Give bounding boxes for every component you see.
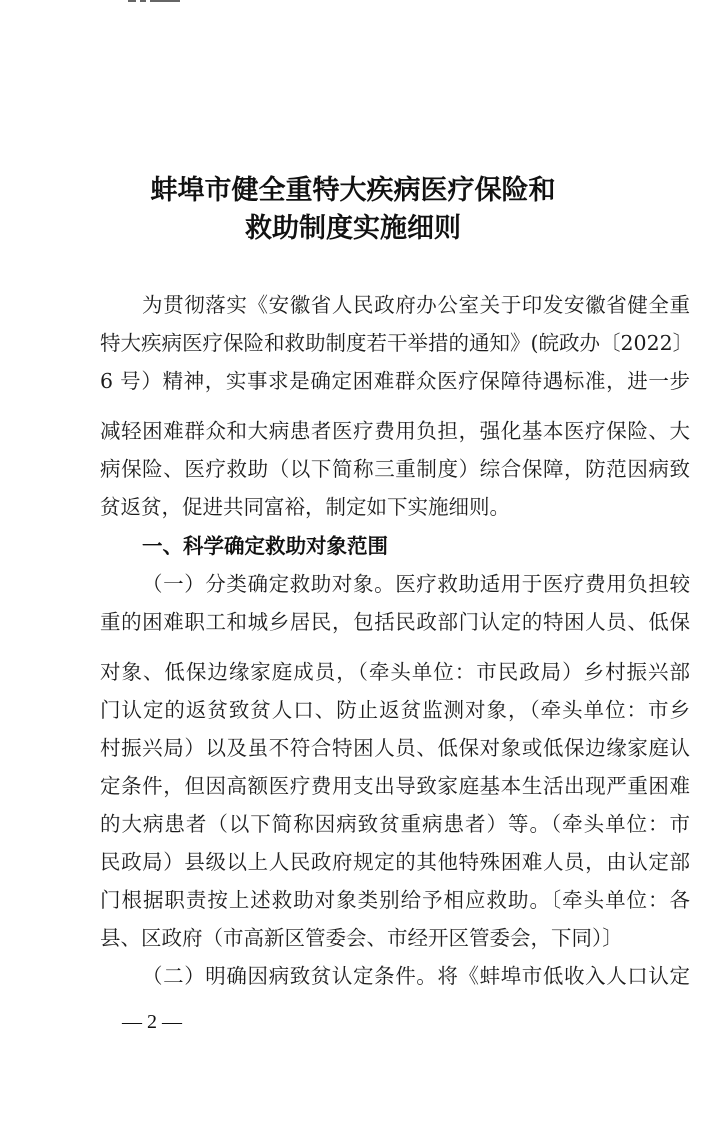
paragraph-line: 门根据职责按上述救助对象类别给予相应救助。〔牵头单位：各 bbox=[100, 887, 690, 913]
paragraph-line: 门认定的返贫致贫人口、防止返贫监测对象，（牵头单位：市乡 bbox=[100, 697, 690, 723]
paragraph-line: 减轻困难群众和大病患者医疗费用负担，强化基本医疗保险、大 bbox=[100, 418, 690, 444]
paragraph-line: 定条件，但因高额医疗费用支出导致家庭基本生活出现严重困难 bbox=[100, 773, 690, 799]
paragraph-line: 对象、低保边缘家庭成员，（牵头单位：市民政局）乡村振兴部 bbox=[100, 659, 690, 685]
section-heading: 一、科学确定救助对象范围 bbox=[142, 533, 388, 559]
paragraph-line: 重的困难职工和城乡居民，包括民政部门认定的特困人员、低保 bbox=[100, 609, 690, 635]
paragraph-line: 村振兴局）以及虽不符合特困人员、低保对象或低保边缘家庭认 bbox=[100, 735, 690, 761]
scan-artifact bbox=[128, 0, 188, 3]
document-title-line-2: 救助制度实施细则 bbox=[0, 206, 706, 245]
paragraph-line: 民政局）县级以上人民政府规定的其他特殊困难人员，由认定部 bbox=[100, 849, 690, 875]
paragraph-line: 的大病患者（以下简称因病致贫重病患者）等。（牵头单位：市 bbox=[100, 811, 690, 837]
page-number: — 2 — bbox=[122, 1010, 182, 1034]
document-title-line-1: 蚌埠市健全重特大疾病医疗保险和 bbox=[0, 168, 706, 207]
paragraph-line: 贫返贫，促进共同富裕，制定如下实施细则。 bbox=[100, 494, 690, 520]
paragraph-line: 为贯彻落实《安徽省人民政府办公室关于印发安徽省健全重 bbox=[142, 292, 690, 318]
paragraph-line: 特大疾病医疗保险和救助制度若干举措的通知》(皖政办〔2022〕 bbox=[100, 330, 690, 356]
paragraph-line: 病保险、医疗救助（以下简称三重制度）综合保障，防范因病致 bbox=[100, 456, 690, 482]
paragraph-line: （二）明确因病致贫认定条件。将《蚌埠市低收入人口认定 bbox=[142, 963, 690, 989]
paragraph-line: （一）分类确定救助对象。医疗救助适用于医疗费用负担较 bbox=[142, 571, 690, 597]
paragraph-line: 县、区政府（市高新区管委会、市经开区管委会，下同）〕 bbox=[100, 925, 690, 951]
paragraph-line: 6 号）精神，实事求是确定困难群众医疗保障待遇标准，进一步 bbox=[100, 368, 690, 394]
